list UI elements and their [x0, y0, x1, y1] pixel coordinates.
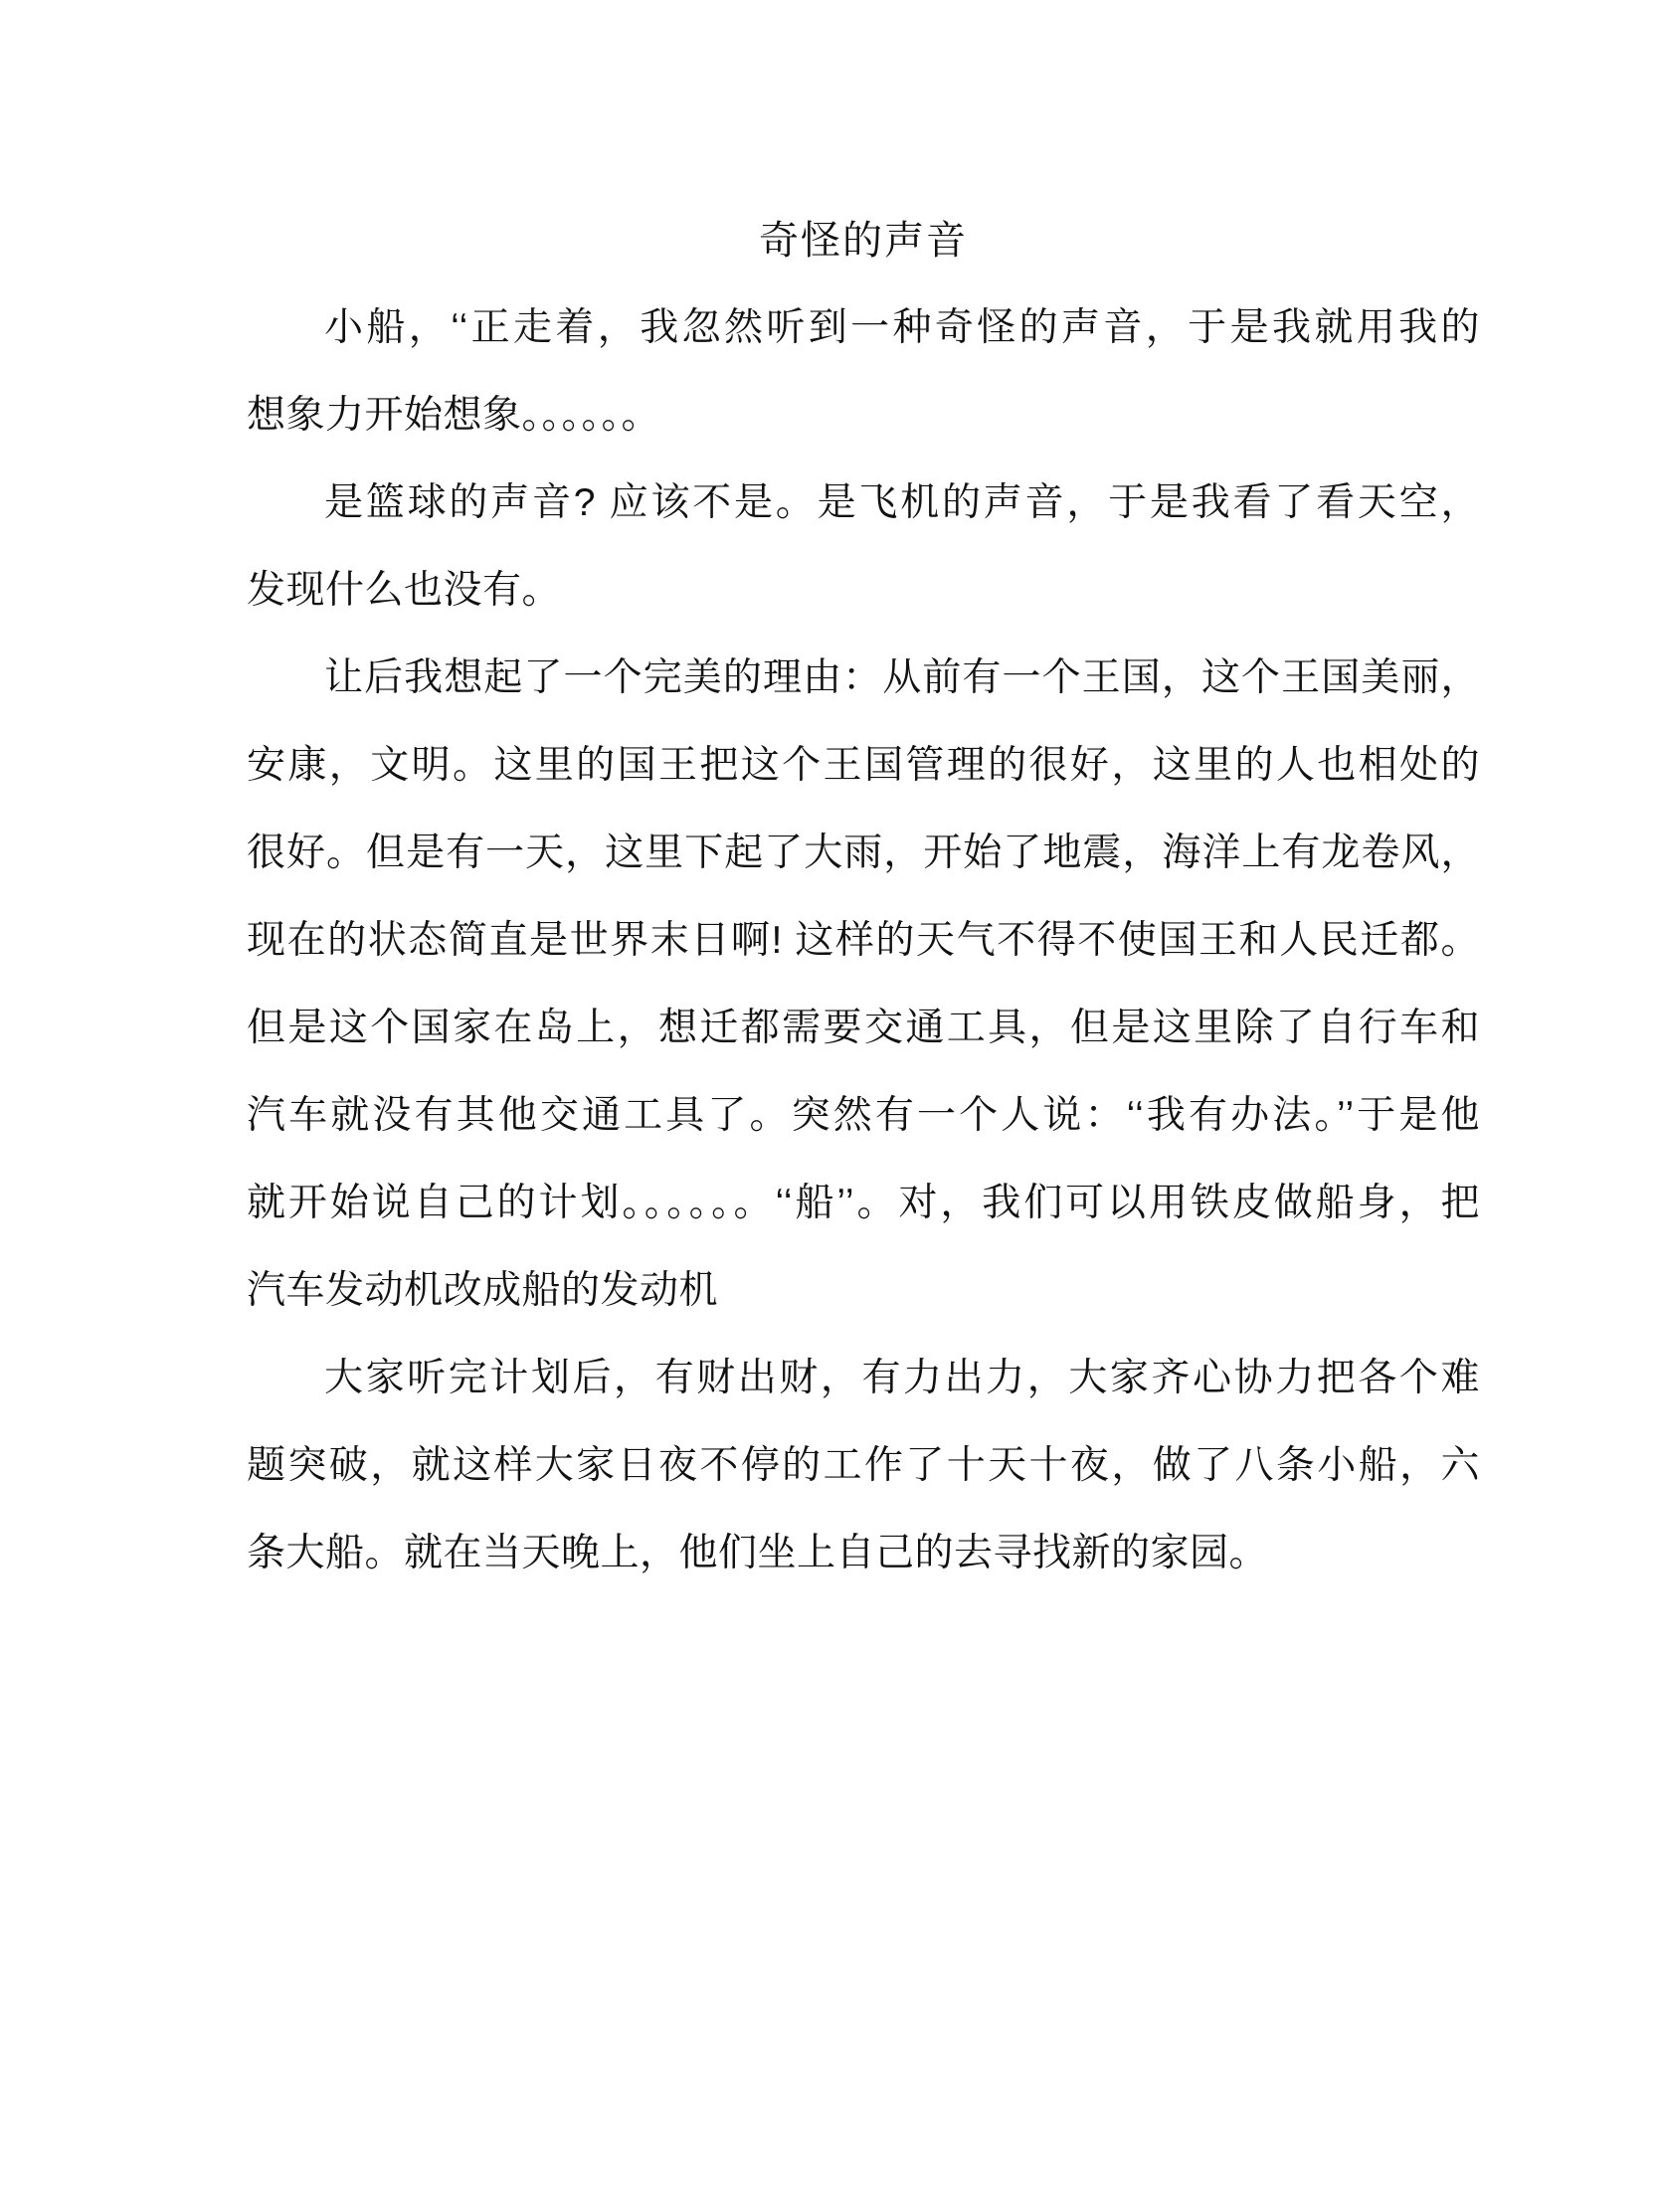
text-line: 让后我想起了一个完美的理由：从前有一个王国，这个王国美丽，: [247, 635, 1480, 722]
document-title: 奇怪的声音: [247, 197, 1480, 284]
paragraph-3: 让后我想起了一个完美的理由：从前有一个王国，这个王国美丽， 安康，文明。这里的国…: [247, 635, 1480, 1335]
text-line: 汽车发动机改成船的发动机: [247, 1247, 1480, 1335]
text-line: 小船，‘‘正走着，我忽然听到一种奇怪的声音，于是我就用我的: [247, 284, 1480, 372]
text-line: 就开始说自己的计划。。。。。。‘‘船’’。对，我们可以用铁皮做船身，把: [247, 1160, 1480, 1247]
text-line: 条大船。就在当天晚上，他们坐上自己的去寻找新的家园。: [247, 1510, 1480, 1597]
text-line: 很好。但是有一天，这里下起了大雨，开始了地震，海洋上有龙卷风，: [247, 810, 1480, 897]
text-line: 想象力开始想象。。。。。。: [247, 372, 1480, 460]
text-line: 发现什么也没有。: [247, 547, 1480, 635]
document-page: 奇怪的声音 小船，‘‘正走着，我忽然听到一种奇怪的声音，于是我就用我的 想象力开…: [0, 0, 1659, 2212]
text-line: 大家听完计划后，有财出财，有力出力，大家齐心协力把各个难: [247, 1335, 1480, 1422]
paragraph-1: 小船，‘‘正走着，我忽然听到一种奇怪的声音，于是我就用我的 想象力开始想象。。。…: [247, 284, 1480, 460]
text-line: 但是这个国家在岛上，想迁都需要交通工具，但是这里除了自行车和: [247, 985, 1480, 1072]
text-line: 题突破，就这样大家日夜不停的工作了十天十夜，做了八条小船，六: [247, 1422, 1480, 1510]
paragraph-2: 是篮球的声音? 应该不是。是飞机的声音，于是我看了看天空， 发现什么也没有。: [247, 460, 1480, 635]
text-line: 安康，文明。这里的国王把这个王国管理的很好，这里的人也相处的: [247, 722, 1480, 810]
text-line: 是篮球的声音? 应该不是。是飞机的声音，于是我看了看天空，: [247, 460, 1480, 547]
text-line: 汽车就没有其他交通工具了。突然有一个人说：‘‘我有办法。’’于是他: [247, 1072, 1480, 1160]
text-line: 现在的状态简直是世界末日啊! 这样的天气不得不使国王和人民迁都。: [247, 897, 1480, 985]
paragraph-4: 大家听完计划后，有财出财，有力出力，大家齐心协力把各个难 题突破，就这样大家日夜…: [247, 1335, 1480, 1597]
